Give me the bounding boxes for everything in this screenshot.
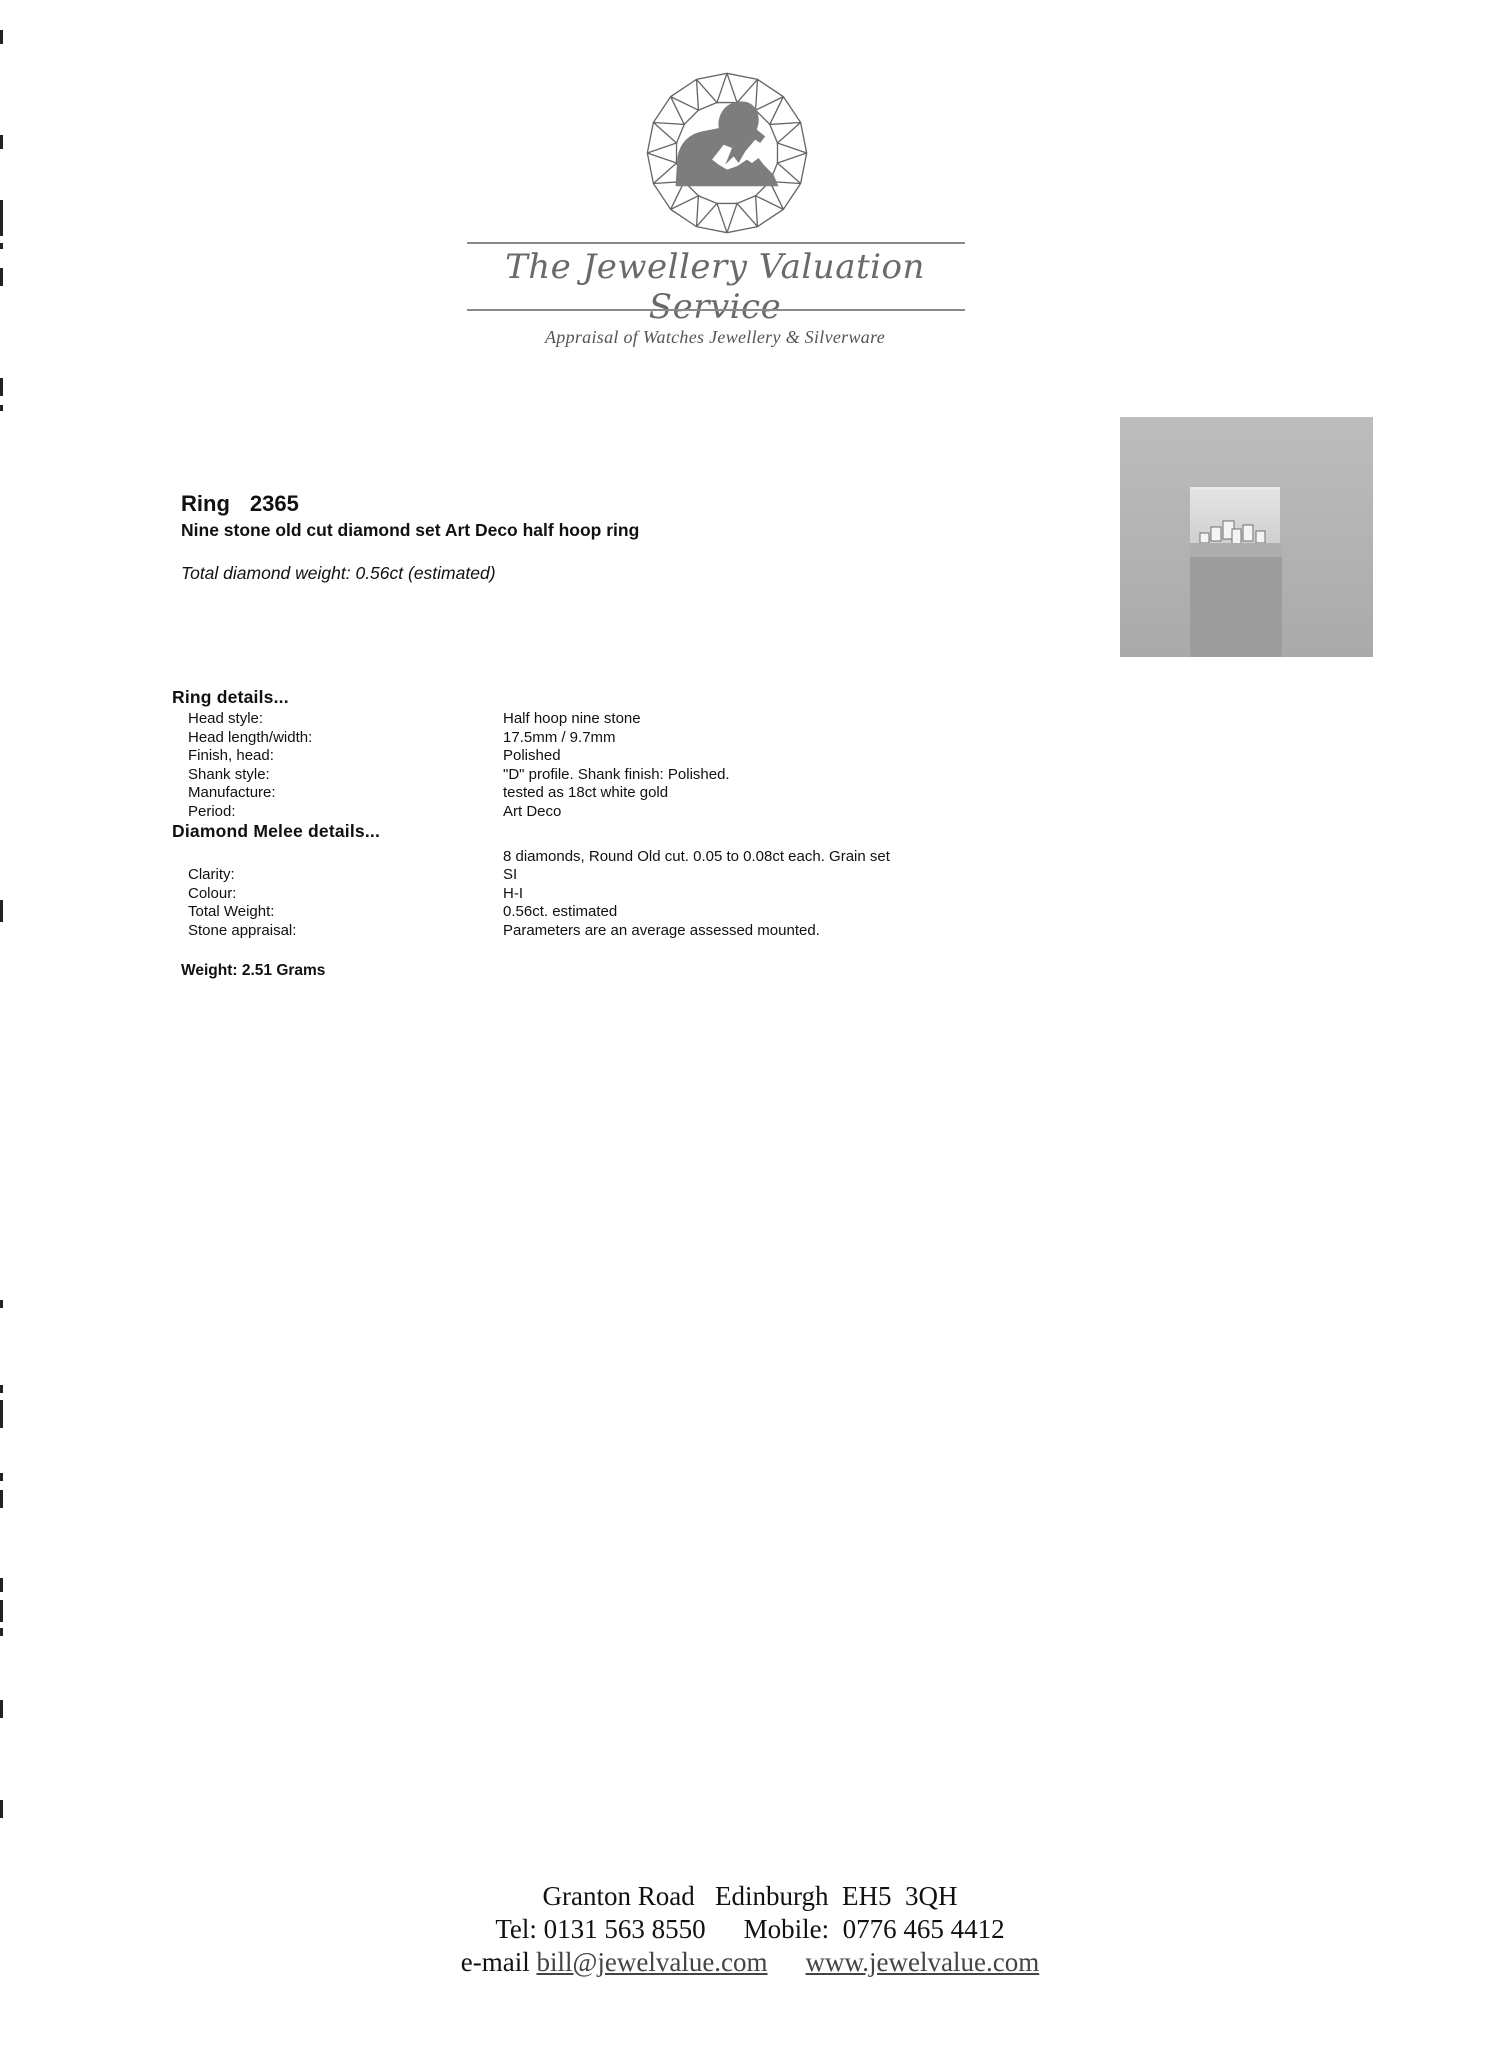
scan-artifact — [0, 200, 3, 236]
detail-label: Colour: — [188, 885, 236, 902]
scan-artifact — [0, 1628, 3, 1636]
ring-details-heading: Ring details... — [172, 687, 289, 708]
detail-value: Half hoop nine stone — [503, 710, 641, 727]
footer-address: Granton Road Edinburgh EH5 3QH — [440, 1880, 1060, 1913]
detail-value: "D" profile. Shank finish: Polished. — [503, 766, 730, 783]
scan-artifact — [0, 1385, 3, 1393]
scan-artifact — [0, 1490, 3, 1508]
letterhead-rule-top — [467, 242, 965, 244]
item-weight: Weight: 2.51 Grams — [181, 962, 325, 980]
scan-artifact — [0, 405, 3, 411]
footer-contact: Granton Road Edinburgh EH5 3QH Tel: 0131… — [440, 1880, 1060, 1979]
faceted-diamond-jeweller-silhouette-icon — [644, 70, 810, 236]
scan-artifact — [0, 1578, 3, 1592]
website-link[interactable]: www.jewelvalue.com — [806, 1947, 1040, 1977]
brand-name: The Jewellery Valuation Service — [440, 247, 990, 327]
detail-value: Art Deco — [503, 803, 561, 820]
jeweller-silhouette — [676, 101, 779, 186]
scan-artifact — [0, 1300, 3, 1308]
scan-artifact — [0, 243, 3, 249]
letterhead-rule-bottom — [467, 309, 965, 311]
footer-online: e-mail bill@jewelvalue.comwww.jewelvalue… — [440, 1946, 1060, 1979]
detail-label: Total Weight: — [188, 903, 274, 920]
detail-label: Finish, head: — [188, 747, 274, 764]
address-postcode: EH5 3QH — [842, 1881, 958, 1911]
scan-artifact — [0, 268, 3, 286]
detail-value: 17.5mm / 9.7mm — [503, 729, 616, 746]
detail-value: H-I — [503, 885, 523, 902]
email-link[interactable]: bill@jewelvalue.com — [537, 1947, 768, 1977]
item-title: Ring2365 — [181, 491, 299, 517]
melee-summary: 8 diamonds, Round Old cut. 0.05 to 0.08c… — [503, 848, 890, 865]
detail-value: SI — [503, 866, 517, 883]
detail-label: Manufacture: — [188, 784, 276, 801]
mobile-number: 0776 465 4412 — [843, 1914, 1005, 1944]
address-street: Granton Road — [543, 1881, 695, 1911]
detail-label: Period: — [188, 803, 236, 820]
detail-label: Head length/width: — [188, 729, 312, 746]
scan-artifact — [0, 378, 3, 396]
scan-artifact — [0, 1800, 3, 1818]
box-stand — [1190, 557, 1282, 657]
tel-label: Tel: — [495, 1914, 537, 1944]
detail-value: Parameters are an average assessed mount… — [503, 922, 820, 939]
detail-value: Polished — [503, 747, 561, 764]
scan-artifact — [0, 1600, 3, 1622]
email-label: e-mail — [461, 1947, 530, 1977]
detail-label: Stone appraisal: — [188, 922, 296, 939]
total-diamond-weight: Total diamond weight: 0.56ct (estimated) — [181, 563, 496, 584]
detail-value: tested as 18ct white gold — [503, 784, 668, 801]
detail-label: Shank style: — [188, 766, 270, 783]
mobile-label: Mobile: — [744, 1914, 830, 1944]
item-number: 2365 — [250, 491, 299, 516]
scan-artifact — [0, 1400, 3, 1428]
tagline: Appraisal of Watches Jewellery & Silverw… — [440, 327, 990, 348]
scan-artifact — [0, 135, 3, 149]
detail-label: Clarity: — [188, 866, 235, 883]
item-description: Nine stone old cut diamond set Art Deco … — [181, 520, 639, 541]
melee-details-heading: Diamond Melee details... — [172, 821, 380, 842]
scan-artifact — [0, 900, 3, 922]
ring-photo — [1120, 417, 1373, 657]
scan-artifact — [0, 30, 3, 44]
tel-number: 0131 563 8550 — [544, 1914, 706, 1944]
address-city: Edinburgh — [715, 1881, 829, 1911]
detail-label: Head style: — [188, 710, 263, 727]
footer-phones: Tel: 0131 563 8550Mobile: 0776 465 4412 — [440, 1913, 1060, 1946]
scan-artifact — [0, 1473, 3, 1481]
item-type: Ring — [181, 491, 230, 516]
scan-artifact — [0, 1700, 3, 1718]
detail-value: 0.56ct. estimated — [503, 903, 617, 920]
